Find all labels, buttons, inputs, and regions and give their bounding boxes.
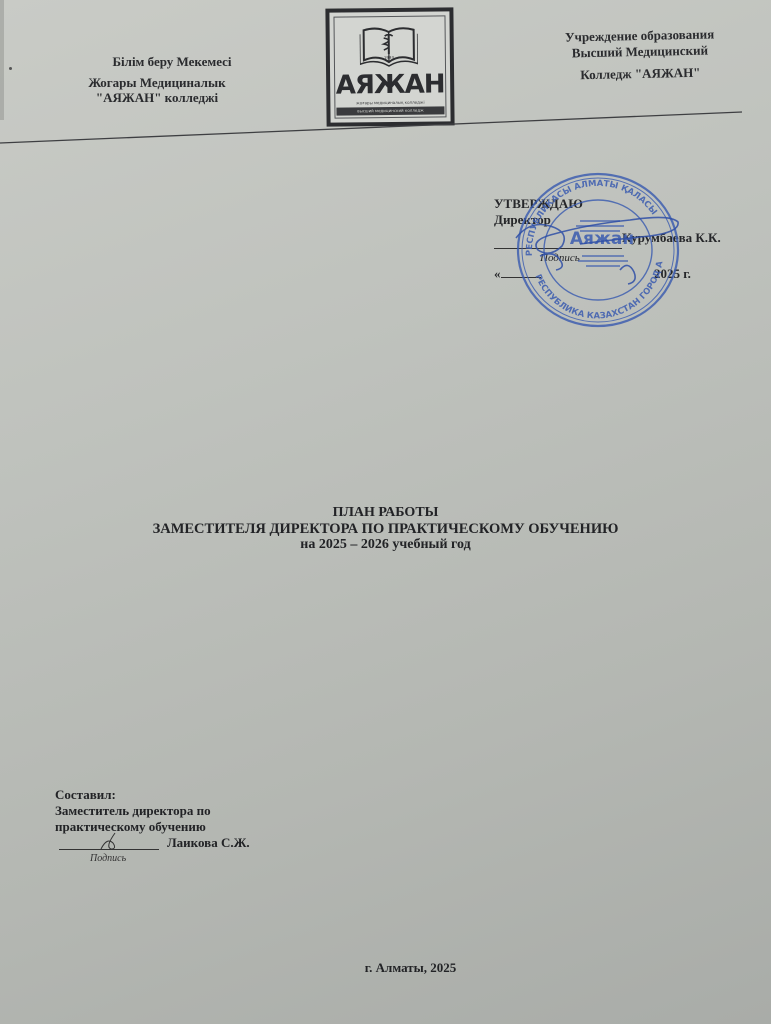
approval-position: Директор [494, 212, 771, 228]
approval-name: Курумбаева К.К. [622, 230, 721, 246]
header-left-institution: Білім беру Мекемесі Жогары Медициналык "… [62, 54, 252, 105]
approval-signature-caption: Подпись [540, 250, 580, 266]
composer-signature [95, 829, 135, 851]
college-logo: 1993 АЯЖАН жоғары медициналық колледжі в… [325, 7, 454, 126]
header-right-institution: Учреждение образования Высший Медицински… [534, 26, 745, 84]
approval-signature-line [494, 248, 622, 249]
approval-date: « 2025 г. [494, 266, 541, 282]
page-edge-shadow [0, 0, 4, 120]
composer-name: Лаикова С.Ж. [167, 835, 250, 851]
composer-signature-caption: Подпись [90, 851, 126, 867]
header-right-line-3: Колледж "АЯЖАН" [535, 64, 745, 84]
speck [9, 67, 12, 70]
approval-date-year: 2025 г. [654, 266, 691, 282]
approval-date-open: « [494, 266, 501, 281]
header-left-line-2: Жогары Медициналык [62, 75, 252, 90]
document-title: ПЛАН РАБОТЫ ЗАМЕСТИТЕЛЯ ДИРЕКТОРА ПО ПРА… [0, 505, 771, 553]
title-line-2: ЗАМЕСТИТЕЛЯ ДИРЕКТОРА ПО ПРАКТИЧЕСКОМУ О… [0, 521, 771, 537]
approval-block: УТВЕРЖДАЮ Директор Курумбаева К.К. Подпи… [494, 196, 771, 228]
composer-position-line-1: Заместитель директора по [55, 803, 355, 819]
title-line-3: на 2025 – 2026 учебный год [0, 537, 771, 553]
approval-heading: УТВЕРЖДАЮ [494, 196, 771, 212]
logo-bar-text: высший медицинский колледж [336, 106, 444, 115]
title-line-1: ПЛАН РАБОТЫ [0, 505, 771, 521]
header-left-line-3: "АЯЖАН" колледжі [62, 90, 252, 105]
header-left-line-1: Білім беру Мекемесі [62, 54, 252, 69]
logo-name: АЯЖАН [330, 69, 450, 100]
composer-block: Составил: Заместитель директора по практ… [55, 787, 355, 859]
composer-label: Составил: [55, 787, 355, 803]
svg-text:1993: 1993 [384, 55, 395, 60]
city-year: г. Алматы, 2025 [0, 960, 771, 976]
book-caduceus-icon: 1993 [360, 24, 418, 69]
